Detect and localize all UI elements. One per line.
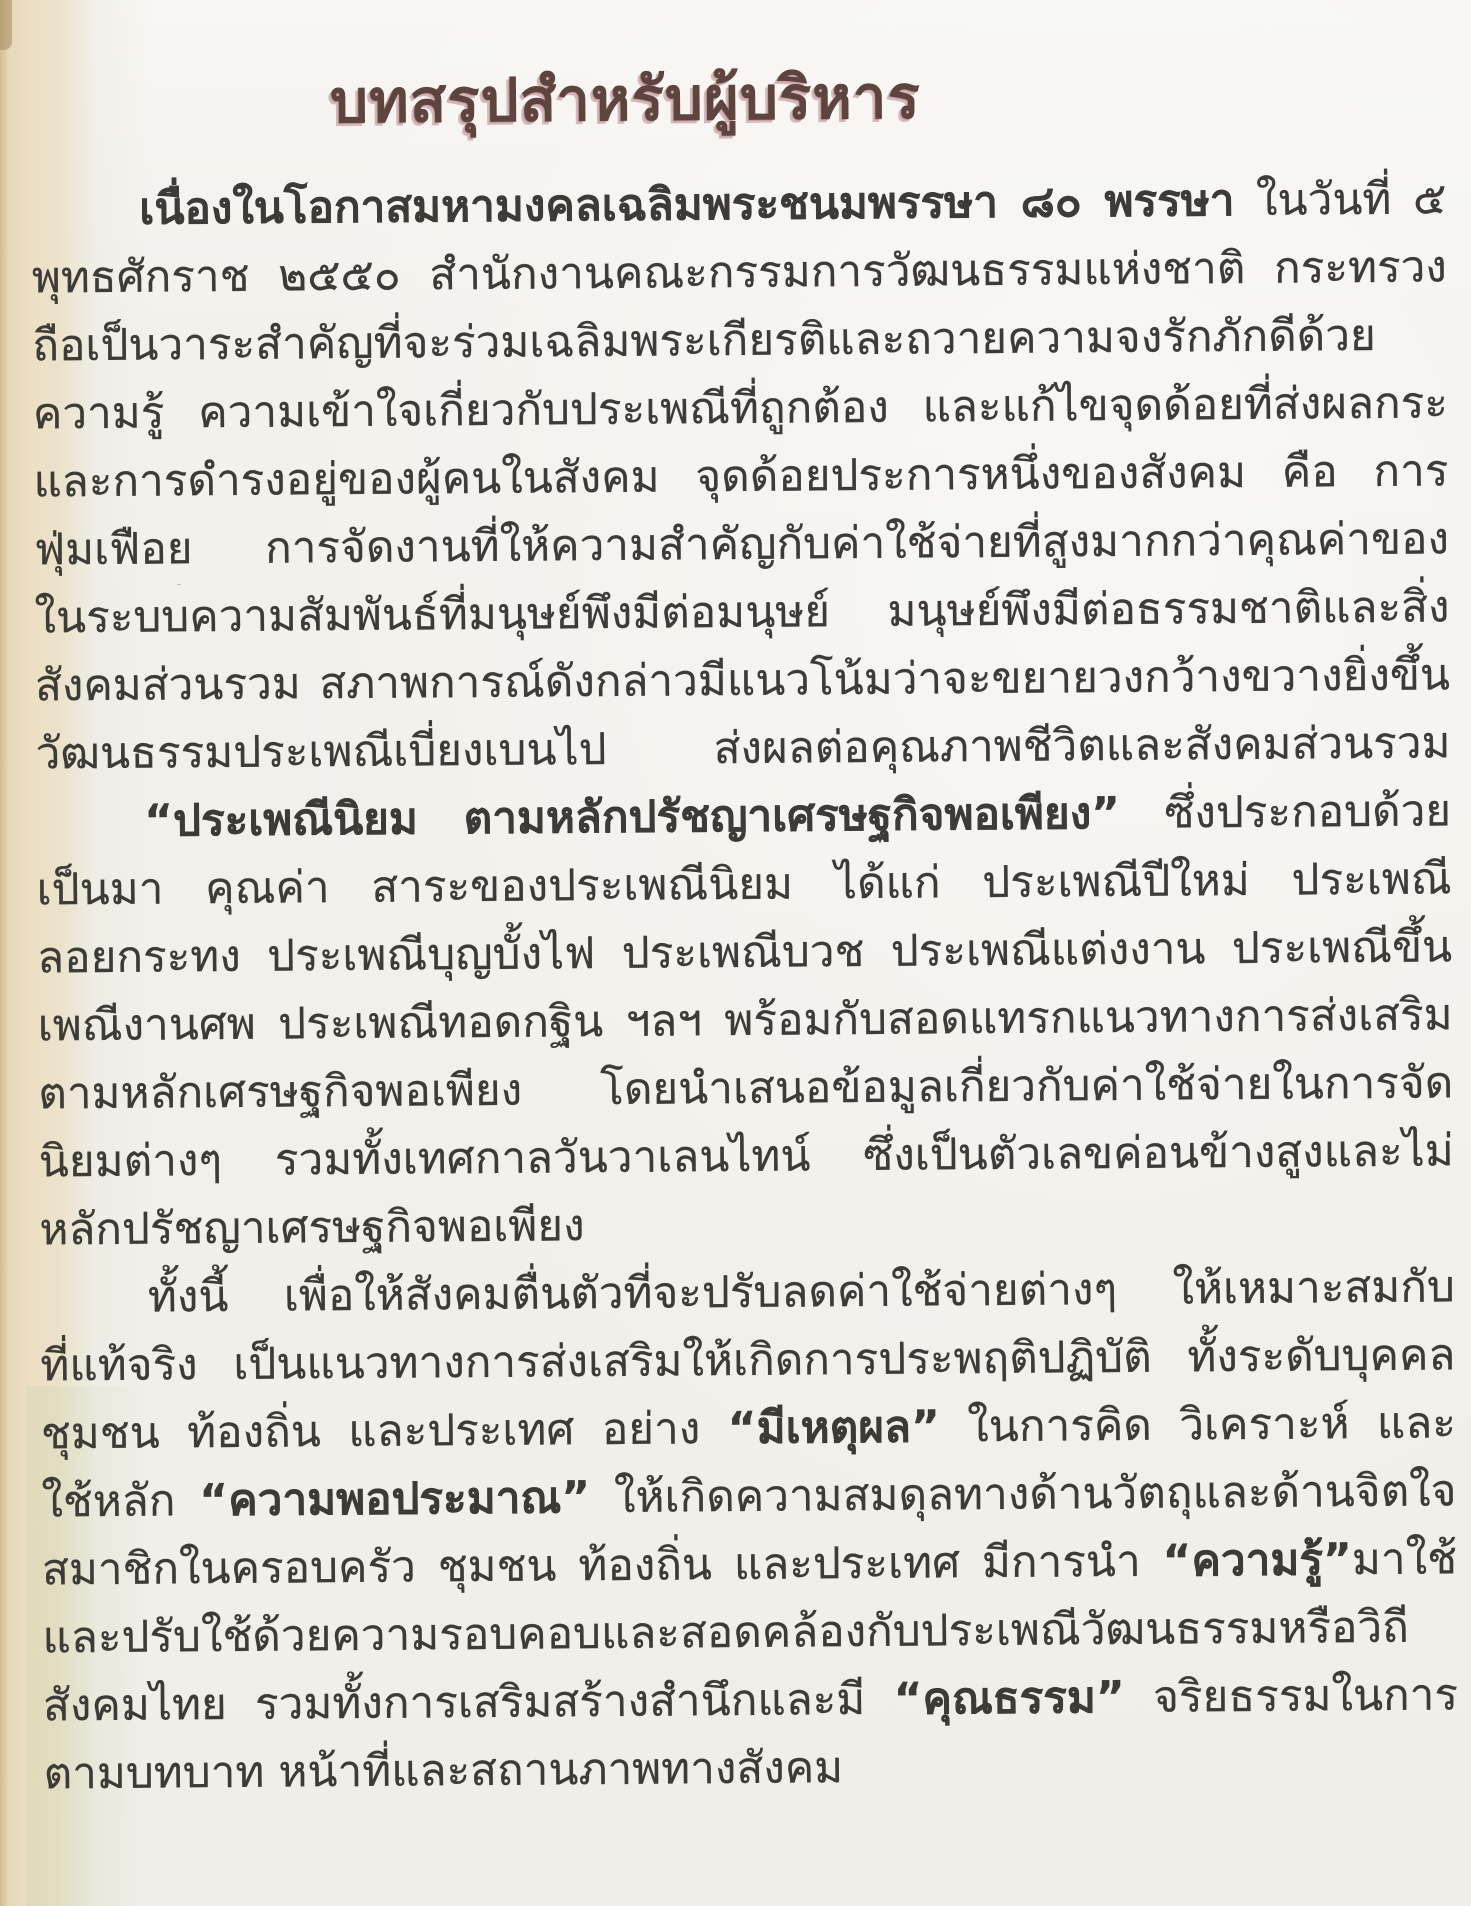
text-run: ฟุ่มเฟือย การจัดงานที่ให้ความสำคัญกับค่า… — [34, 513, 1449, 585]
text-line: สมาชิกในครอบครัว ชุมชน ท้องถิ่น และประเท… — [42, 1526, 1457, 1605]
text-run: เป็นมา คุณค่า สาระของประเพณีนิยม ได้แก่ … — [36, 853, 1451, 925]
text-run: ในระบบความสัมพันธ์ที่มนุษย์พึงมีต่อมนุษย… — [34, 581, 1449, 653]
text-run: วัฒนธรรมประเพณีเบี่ยงเบนไป ส่งผลต่อคุณภา… — [35, 717, 1450, 789]
text-run: ลอยกระทง ประเพณีบุญบั้งไฟ ประเพณีบวช ประ… — [37, 921, 1452, 993]
text-line: และปรับใช้ด้วยความรอบคอบและสอดคล้องกับปร… — [42, 1594, 1457, 1673]
text-line: ความรู้ ความเข้าใจเกี่ยวกับประเพณีที่ถูก… — [33, 370, 1448, 449]
text-line: เนื่องในโอกาสมหามงคลเฉลิมพระชนมพรรษา ๘๐ … — [31, 166, 1446, 245]
page-content: บทสรุปสำหรับผู้บริหาร เนื่องในโอกาสมหามง… — [30, 34, 1459, 1809]
paragraph: เนื่องในโอกาสมหามงคลเฉลิมพระชนมพรรษา ๘๐ … — [31, 166, 1451, 789]
text-line: และการดำรงอยู่ของผู้คนในสังคม จุดด้อยประ… — [33, 438, 1448, 517]
bold-text-run: “ความพอประมาณ” — [199, 1472, 590, 1526]
text-run: และปรับใช้ด้วยความรอบคอบและสอดคล้องกับปร… — [42, 1602, 1409, 1674]
bold-text-run: “ประเพณีนิยม ตามหลักปรัชญาเศรษฐกิจพอเพีย… — [144, 788, 1120, 847]
paragraph: “ประเพณีนิยม ตามหลักปรัชญาเศรษฐกิจพอเพีย… — [36, 778, 1455, 1265]
scan-corner-shadow — [0, 0, 12, 50]
text-line: ใช้หลัก “ความพอประมาณ” ให้เกิดความสมดุลท… — [41, 1458, 1456, 1537]
text-run: ใช้หลัก — [41, 1475, 199, 1527]
text-line: เป็นมา คุณค่า สาระของประเพณีนิยม ได้แก่ … — [36, 846, 1451, 925]
paragraph: ทั้งนี้ เพื่อให้สังคมตื่นตัวที่จะปรับลดค… — [40, 1254, 1459, 1809]
text-line: สังคมไทย รวมทั้งการเสริมสร้างสำนึกและมี … — [43, 1662, 1458, 1741]
text-line: ถือเป็นวาระสำคัญที่จะร่วมเฉลิมพระเกียรติ… — [32, 302, 1447, 381]
text-line: ทั้งนี้ เพื่อให้สังคมตื่นตัวที่จะปรับลดค… — [40, 1254, 1455, 1333]
text-line: “ประเพณีนิยม ตามหลักปรัชญาเศรษฐกิจพอเพีย… — [36, 778, 1451, 857]
text-line: สังคมส่วนรวม สภาพการณ์ดังกล่าวมีแนวโน้มว… — [35, 642, 1450, 721]
text-run: ที่แท้จริง เป็นแนวทางการส่งเสริมให้เกิดก… — [40, 1329, 1455, 1401]
text-line: ตามหลักเศรษฐกิจพอเพียง โดยนำเสนอข้อมูลเก… — [38, 1050, 1453, 1129]
scanned-document-page: บทสรุปสำหรับผู้บริหาร เนื่องในโอกาสมหามง… — [0, 0, 1471, 1906]
text-run: นิยมต่างๆ รวมทั้งเทศกาลวันวาเลนไทน์ ซึ่ง… — [39, 1125, 1454, 1197]
bold-text-run: เนื่องในโอกาสมหามงคลเฉลิมพระชนมพรรษา ๘๐ … — [139, 175, 1235, 235]
text-line: วัฒนธรรมประเพณีเบี่ยงเบนไป ส่งผลต่อคุณภา… — [35, 710, 1450, 789]
text-run: พุทธศักราช ๒๕๕๐ สำนักงานคณะกรรมการวัฒนธร… — [32, 241, 1447, 313]
text-run: หลักปรัชญาเศรษฐกิจพอเพียง — [39, 1200, 585, 1255]
text-line: นิยมต่างๆ รวมทั้งเทศกาลวันวาเลนไทน์ ซึ่ง… — [39, 1118, 1454, 1197]
text-run: สมาชิกในครอบครัว ชุมชน ท้องถิ่น และประเท… — [42, 1536, 1163, 1596]
text-line: หลักปรัชญาเศรษฐกิจพอเพียง — [39, 1186, 1454, 1265]
text-block: เนื่องในโอกาสมหามงคลเฉลิมพระชนมพรรษา ๘๐ … — [31, 166, 1459, 1809]
text-run: ชุมชน ท้องถิ่น และประเทศ อย่าง — [41, 1403, 728, 1459]
bold-text-run: “ความรู้” — [1162, 1534, 1352, 1586]
text-line: ในระบบความสัมพันธ์ที่มนุษย์พึงมีต่อมนุษย… — [34, 574, 1449, 653]
page-title: บทสรุปสำหรับผู้บริหาร — [30, 34, 1446, 163]
text-run: สังคมไทย รวมทั้งการเสริมสร้างสำนึกและมี — [43, 1674, 894, 1732]
text-line: ตามบทบาท หน้าที่และสถานภาพทางสังคม — [43, 1730, 1458, 1809]
text-line: พุทธศักราช ๒๕๕๐ สำนักงานคณะกรรมการวัฒนธร… — [32, 234, 1447, 313]
text-line: ที่แท้จริง เป็นแนวทางการส่งเสริมให้เกิดก… — [40, 1322, 1455, 1401]
text-run: ทั้งนี้ เพื่อให้สังคมตื่นตัวที่จะปรับลดค… — [40, 1261, 1455, 1333]
text-line: เพณีงานศพ ประเพณีทอดกฐิน ฯลฯ พร้อมกับสอด… — [37, 982, 1452, 1061]
bold-text-run: “มีเหตุผล” — [727, 1401, 940, 1454]
text-run: ความรู้ ความเข้าใจเกี่ยวกับประเพณีที่ถูก… — [33, 377, 1448, 449]
text-line: ลอยกระทง ประเพณีบุญบั้งไฟ ประเพณีบวช ประ… — [37, 914, 1452, 993]
text-run: และการดำรงอยู่ของผู้คนในสังคม จุดด้อยประ… — [33, 445, 1448, 517]
text-line: ฟุ่มเฟือย การจัดงานที่ให้ความสำคัญกับค่า… — [34, 506, 1449, 585]
text-run: สังคมส่วนรวม สภาพการณ์ดังกล่าวมีแนวโน้มว… — [35, 649, 1450, 721]
text-run: เพณีงานศพ ประเพณีทอดกฐิน ฯลฯ พร้อมกับสอด… — [38, 989, 1453, 1061]
text-run: ตามหลักเศรษฐกิจพอเพียง โดยนำเสนอข้อมูลเก… — [38, 1057, 1453, 1129]
text-line: ชุมชน ท้องถิ่น และประเทศ อย่าง “มีเหตุผล… — [41, 1390, 1456, 1469]
text-run: ตามบทบาท หน้าที่และสถานภาพทางสังคม — [43, 1742, 843, 1799]
bold-text-run: “คุณธรรม” — [893, 1672, 1125, 1725]
text-run: ถือเป็นวาระสำคัญที่จะร่วมเฉลิมพระเกียรติ… — [32, 310, 1376, 382]
